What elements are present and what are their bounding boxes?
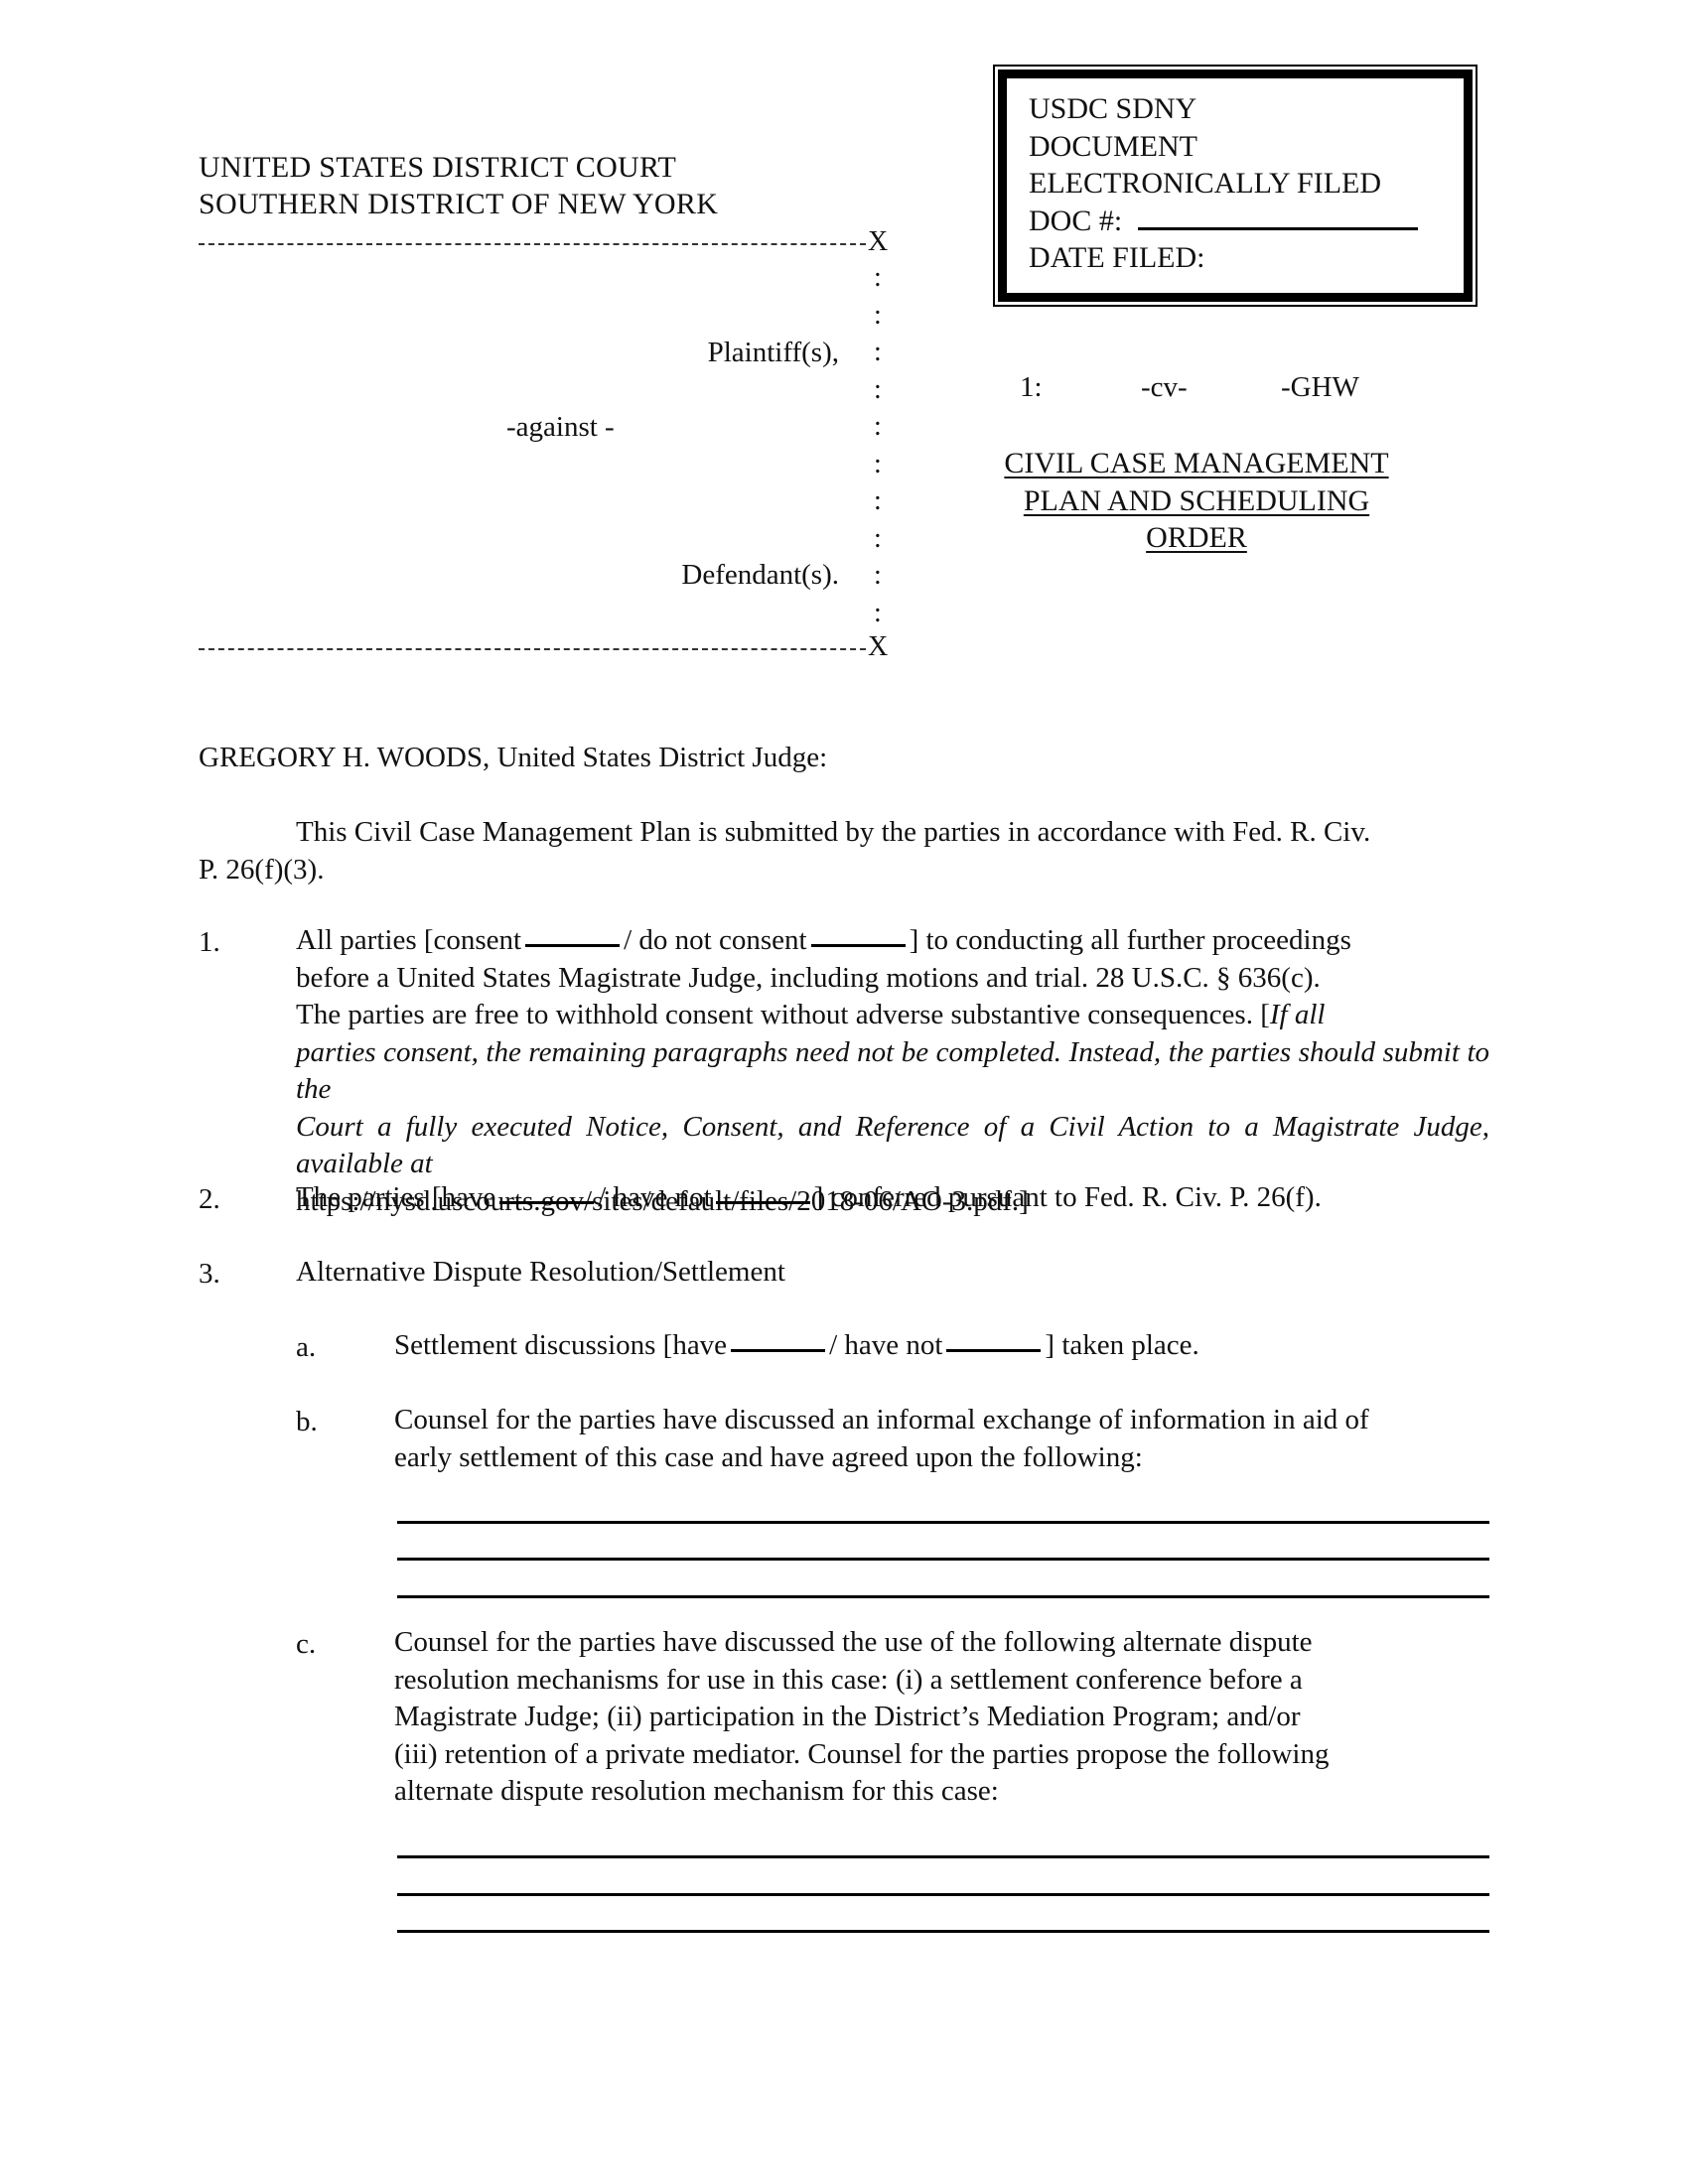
item-2-tail: ] conferred pursuant to Fed. R. Civ. P. … <box>814 1181 1322 1213</box>
item-3-number: 3. <box>199 1258 220 1291</box>
item-3a-tail: ] taken place. <box>1045 1329 1198 1361</box>
item-3c-line4: (iii) retention of a private mediator. C… <box>394 1736 1489 1774</box>
caption-bottom-x: X <box>868 631 888 663</box>
item-1-consent-label: All parties [consent <box>296 924 521 956</box>
document-title-line2: PLAN AND SCHEDULING <box>953 482 1440 520</box>
item-2-text: The parties [have/ have not] conferred p… <box>296 1179 1489 1217</box>
judge-line: GREGORY H. WOODS, United States District… <box>199 740 1489 777</box>
court-name-line1: UNITED STATES DISTRICT COURT <box>199 149 718 186</box>
item-3c-line1: Counsel for the parties have discussed t… <box>394 1624 1489 1662</box>
item-3a-have-not-label: / have not <box>829 1329 942 1361</box>
item-1-line3-text: The parties are free to withhold consent… <box>296 999 1270 1030</box>
stamp-date-filed-row: DATE FILED: <box>1029 239 1418 277</box>
settlement-have-field[interactable] <box>731 1349 825 1352</box>
consent-field[interactable] <box>525 944 620 947</box>
item-2-have-not-label: / have not <box>598 1181 711 1213</box>
item-2-number: 2. <box>199 1183 220 1216</box>
item-1-line1: All parties [consent/ do not consent] to… <box>296 922 1489 960</box>
caption-colon: : <box>874 451 882 478</box>
info-exchange-answer-line[interactable] <box>397 1595 1489 1598</box>
court-name-line2: SOUTHERN DISTRICT OF NEW YORK <box>199 186 718 222</box>
stamp-date-filed-label: DATE FILED: <box>1029 241 1204 274</box>
item-3b-text: Counsel for the parties have discussed a… <box>394 1402 1489 1476</box>
case-number-judge-initials: -GHW <box>1281 371 1359 404</box>
plaintiff-label: Plaintiff(s), <box>708 337 839 369</box>
item-3-heading: Alternative Dispute Resolution/Settlemen… <box>296 1254 1489 1292</box>
item-1-line3-italic: If all <box>1270 999 1326 1030</box>
caption-colon: : <box>874 600 882 627</box>
caption-colon: : <box>874 264 882 292</box>
item-3c-text: Counsel for the parties have discussed t… <box>394 1624 1489 1811</box>
item-1-line1-tail: ] to conducting all further proceedings <box>910 924 1351 956</box>
info-exchange-answer-line[interactable] <box>397 1521 1489 1524</box>
case-number-cv: -cv- <box>1141 371 1188 404</box>
conferred-have-not-field[interactable] <box>716 1201 810 1204</box>
stamp-doc-number-label: DOC #: <box>1029 205 1122 237</box>
item-1-number: 1. <box>199 926 220 959</box>
caption-bottom-rule <box>199 648 866 650</box>
caption-colon: : <box>874 302 882 330</box>
item-1-text: All parties [consent/ do not consent] to… <box>296 922 1489 1220</box>
info-exchange-answer-line[interactable] <box>397 1558 1489 1561</box>
conferred-have-field[interactable] <box>499 1201 594 1204</box>
caption-top-rule <box>199 243 866 245</box>
caption-colon: : <box>874 525 882 553</box>
item-1-do-not-consent-label: / do not consent <box>624 924 806 956</box>
stamp-doc-number-row: DOC #: <box>1029 203 1418 240</box>
stamp-document: DOCUMENT <box>1029 128 1418 166</box>
item-3b-line1: Counsel for the parties have discussed a… <box>394 1402 1489 1439</box>
stamp-doc-number-field[interactable] <box>1138 227 1418 230</box>
intro-line1: This Civil Case Management Plan is submi… <box>199 814 1489 852</box>
caption-colon: : <box>874 562 882 590</box>
document-title: CIVIL CASE MANAGEMENT PLAN AND SCHEDULIN… <box>953 445 1440 557</box>
settlement-have-not-field[interactable] <box>946 1349 1041 1352</box>
item-3a-text: Settlement discussions [have/ have not] … <box>394 1327 1489 1365</box>
adr-mechanism-answer-line[interactable] <box>397 1930 1489 1933</box>
item-3c-letter: c. <box>296 1628 316 1661</box>
adr-mechanism-answer-line[interactable] <box>397 1893 1489 1896</box>
item-3c-line2: resolution mechanisms for use in this ca… <box>394 1662 1489 1700</box>
item-3b-line2: early settlement of this case and have a… <box>394 1439 1489 1477</box>
item-2-have-label: The parties [have <box>296 1181 495 1213</box>
document-title-line3: ORDER <box>953 519 1440 557</box>
item-3c-line5: alternate dispute resolution mechanism f… <box>394 1773 1489 1811</box>
caption-colon: : <box>874 376 882 404</box>
item-3a-letter: a. <box>296 1331 316 1364</box>
caption-colon: : <box>874 413 882 441</box>
intro-line2: P. 26(f)(3). <box>199 852 1489 889</box>
item-3a-have-label: Settlement discussions [have <box>394 1329 727 1361</box>
item-1-line2: before a United States Magistrate Judge,… <box>296 960 1489 998</box>
item-1-line4: parties consent, the remaining paragraph… <box>296 1034 1489 1109</box>
caption-colon: : <box>874 339 882 366</box>
item-3c-line3: Magistrate Judge; (ii) participation in … <box>394 1699 1489 1736</box>
item-1-line3: The parties are free to withhold consent… <box>296 997 1489 1034</box>
filing-stamp-box: USDC SDNY DOCUMENT ELECTRONICALLY FILED … <box>998 69 1473 302</box>
caption-top-x: X <box>868 226 888 258</box>
caption-colon: : <box>874 487 882 515</box>
item-3b-letter: b. <box>296 1406 318 1438</box>
stamp-court: USDC SDNY <box>1029 90 1418 128</box>
item-1-line5: Court a fully executed Notice, Consent, … <box>296 1109 1489 1183</box>
item-1-line5-italic: Court a fully executed Notice, Consent, … <box>296 1111 1489 1180</box>
court-name: UNITED STATES DISTRICT COURT SOUTHERN DI… <box>199 149 718 222</box>
intro-paragraph: This Civil Case Management Plan is submi… <box>199 814 1489 888</box>
item-1-line4-italic: parties consent, the remaining paragraph… <box>296 1036 1489 1106</box>
document-title-line1: CIVIL CASE MANAGEMENT <box>953 445 1440 482</box>
adr-mechanism-answer-line[interactable] <box>397 1855 1489 1858</box>
stamp-electronically-filed: ELECTRONICALLY FILED <box>1029 165 1418 203</box>
against-label: -against - <box>506 411 615 444</box>
case-number-prefix: 1: <box>1020 371 1043 404</box>
do-not-consent-field[interactable] <box>811 944 906 947</box>
defendant-label: Defendant(s). <box>681 559 839 592</box>
